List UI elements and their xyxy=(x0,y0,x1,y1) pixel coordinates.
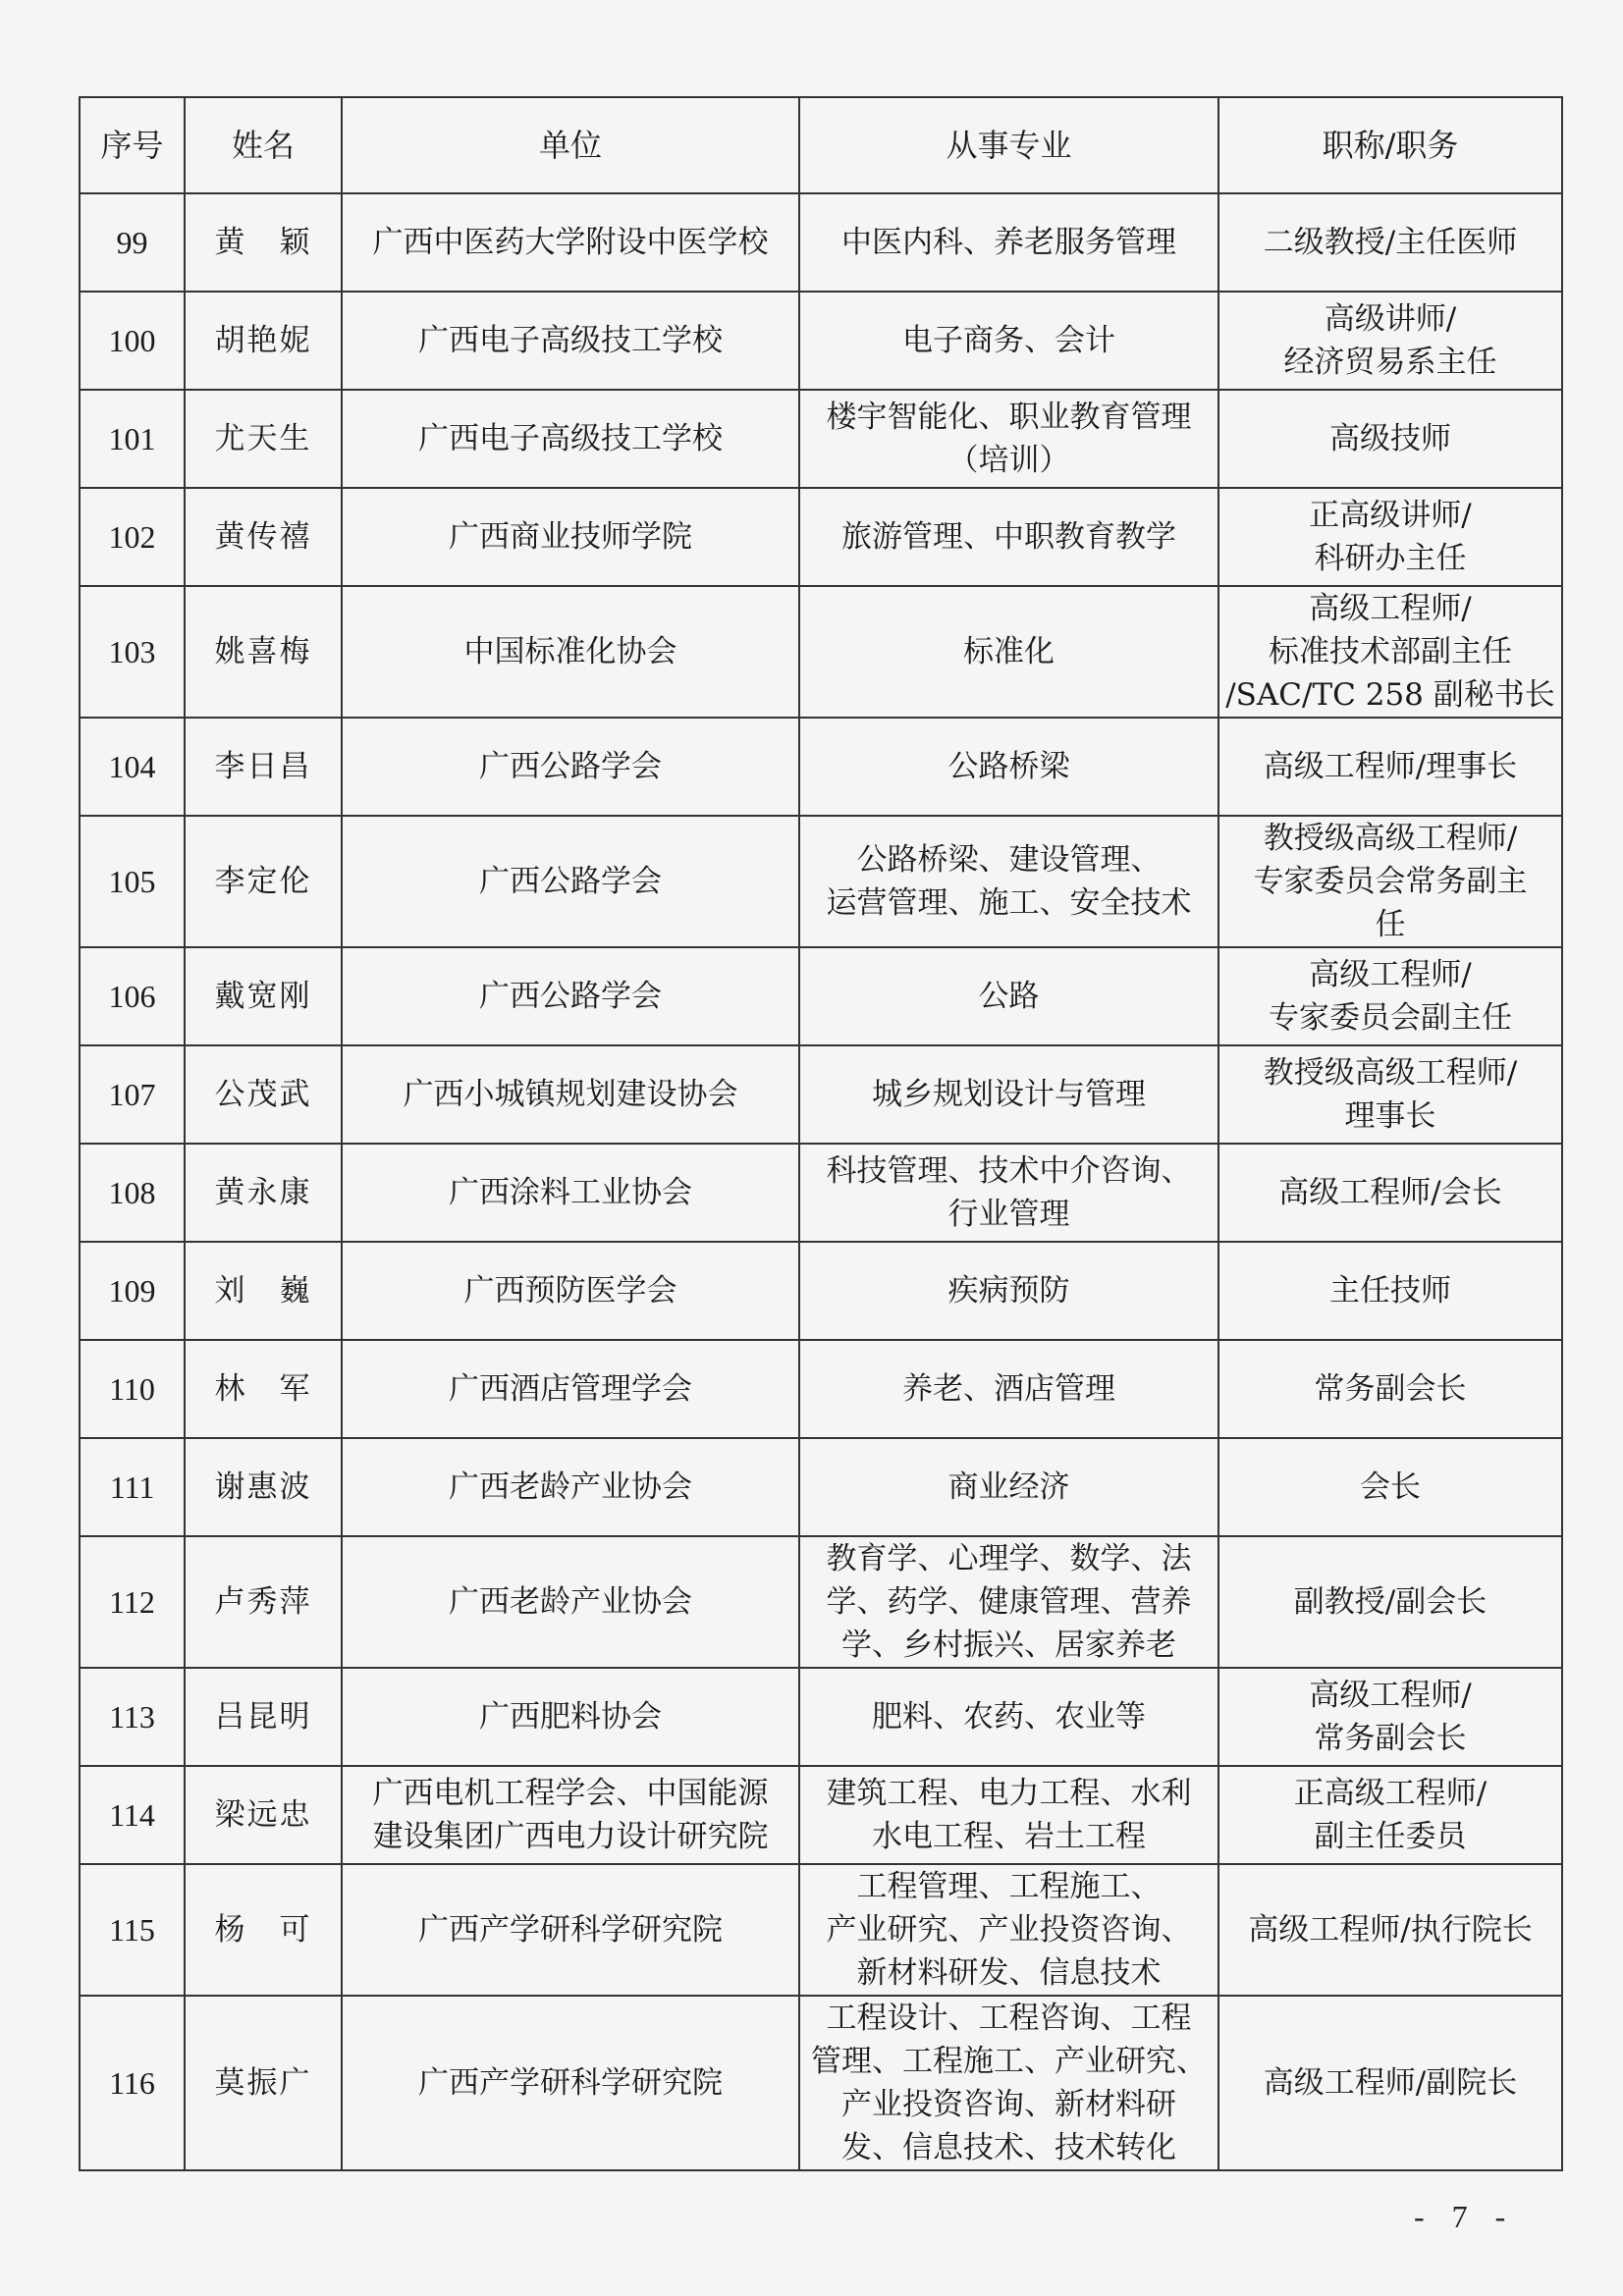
cell-title: 会长 xyxy=(1218,1438,1562,1536)
cell-title-line: 副教授/副会长 xyxy=(1225,1580,1555,1624)
cell-serial-number: 106 xyxy=(80,947,185,1045)
cell-major-line: 工程设计、工程咨询、工程 xyxy=(806,1997,1212,2040)
cell-unit: 广西肥料协会 xyxy=(342,1668,799,1766)
cell-title-line: 高级工程师/副院长 xyxy=(1225,2061,1555,2105)
table-row: 112卢秀萍广西老龄产业协会教育学、心理学、数学、法学、药学、健康管理、营养学、… xyxy=(80,1536,1562,1668)
cell-serial-number: 104 xyxy=(80,718,185,816)
cell-unit: 广西预防医学会 xyxy=(342,1242,799,1340)
table-row: 100胡艳妮广西电子高级技工学校电子商务、会计高级讲师/经济贸易系主任 xyxy=(80,292,1562,390)
cell-name: 戴宽刚 xyxy=(185,947,342,1045)
cell-major-line: 教育学、心理学、数学、法 xyxy=(806,1537,1212,1580)
cell-major: 商业经济 xyxy=(799,1438,1218,1536)
cell-unit: 广西小城镇规划建设协会 xyxy=(342,1045,799,1144)
cell-name: 胡艳妮 xyxy=(185,292,342,390)
cell-unit-line: 广西老龄产业协会 xyxy=(349,1580,792,1624)
cell-unit-line: 广西肥料协会 xyxy=(349,1695,792,1738)
cell-unit-line: 广西产学研科学研究院 xyxy=(349,1908,792,1951)
cell-title-line: 理事长 xyxy=(1225,1095,1555,1138)
cell-unit: 广西公路学会 xyxy=(342,947,799,1045)
cell-major: 公路 xyxy=(799,947,1218,1045)
cell-unit-line: 广西电子高级技工学校 xyxy=(349,319,792,362)
cell-title-line: 教授级高级工程师/ xyxy=(1225,817,1555,860)
cell-title: 高级工程师/会长 xyxy=(1218,1144,1562,1242)
cell-unit-line: 广西酒店管理学会 xyxy=(349,1367,792,1411)
cell-serial-number: 116 xyxy=(80,1996,185,2170)
cell-major: 建筑工程、电力工程、水利水电工程、岩土工程 xyxy=(799,1766,1218,1864)
cell-unit: 广西涂料工业协会 xyxy=(342,1144,799,1242)
cell-major-line: 工程管理、工程施工、 xyxy=(806,1865,1212,1908)
cell-serial-number: 99 xyxy=(80,193,185,292)
page-number: - 7 - xyxy=(1414,2199,1515,2235)
table-row: 105李定伦广西公路学会公路桥梁、建设管理、运营管理、施工、安全技术教授级高级工… xyxy=(80,816,1562,947)
cell-major: 公路桥梁、建设管理、运营管理、施工、安全技术 xyxy=(799,816,1218,947)
cell-serial-number: 107 xyxy=(80,1045,185,1144)
cell-major-line: 水电工程、岩土工程 xyxy=(806,1815,1212,1858)
header-major: 从事专业 xyxy=(799,97,1218,193)
cell-major-line: 养老、酒店管理 xyxy=(806,1367,1212,1411)
cell-serial-number: 115 xyxy=(80,1864,185,1996)
cell-unit: 广西产学研科学研究院 xyxy=(342,1864,799,1996)
cell-title-line: 经济贸易系主任 xyxy=(1225,341,1555,384)
cell-serial-number: 102 xyxy=(80,488,185,586)
cell-major: 科技管理、技术中介咨询、行业管理 xyxy=(799,1144,1218,1242)
cell-title-line: 教授级高级工程师/ xyxy=(1225,1051,1555,1095)
cell-title: 二级教授/主任医师 xyxy=(1218,193,1562,292)
cell-major-line: 发、信息技术、技术转化 xyxy=(806,2126,1212,2169)
table-row: 113吕昆明广西肥料协会肥料、农药、农业等高级工程师/常务副会长 xyxy=(80,1668,1562,1766)
cell-major-line: 旅游管理、中职教育教学 xyxy=(806,515,1212,559)
cell-serial-number: 113 xyxy=(80,1668,185,1766)
cell-title-line: 高级工程师/ xyxy=(1225,587,1555,630)
cell-name: 公茂武 xyxy=(185,1045,342,1144)
cell-title: 高级工程师/常务副会长 xyxy=(1218,1668,1562,1766)
table-row: 114梁远忠广西电机工程学会、中国能源建设集团广西电力设计研究院建筑工程、电力工… xyxy=(80,1766,1562,1864)
cell-major-line: 科技管理、技术中介咨询、 xyxy=(806,1149,1212,1193)
cell-unit-line: 广西公路学会 xyxy=(349,975,792,1018)
header-serial-number: 序号 xyxy=(80,97,185,193)
cell-title: 高级工程师/理事长 xyxy=(1218,718,1562,816)
cell-unit-line: 广西公路学会 xyxy=(349,745,792,788)
cell-title-line: 专家委员会副主任 xyxy=(1225,996,1555,1040)
cell-title-line: 高级工程师/会长 xyxy=(1225,1171,1555,1214)
cell-major-line: 新材料研发、信息技术 xyxy=(806,1951,1212,1995)
cell-major: 肥料、农药、农业等 xyxy=(799,1668,1218,1766)
cell-major-line: 行业管理 xyxy=(806,1193,1212,1236)
cell-major: 楼宇智能化、职业教育管理（培训） xyxy=(799,390,1218,488)
cell-major-line: 公路桥梁、建设管理、 xyxy=(806,838,1212,881)
expert-list-table-container: 序号 姓名 单位 从事专业 职称/职务 99黄 颖广西中医药大学附设中医学校中医… xyxy=(79,96,1561,2171)
cell-unit-line: 广西电机工程学会、中国能源 xyxy=(349,1772,792,1815)
cell-title-line: 主任技师 xyxy=(1225,1269,1555,1312)
cell-title-line: 高级工程师/ xyxy=(1225,953,1555,996)
cell-title-line: 高级工程师/执行院长 xyxy=(1225,1908,1555,1951)
cell-unit: 广西老龄产业协会 xyxy=(342,1536,799,1668)
table-row: 102黄传禧广西商业技师学院旅游管理、中职教育教学正高级讲师/科研办主任 xyxy=(80,488,1562,586)
cell-serial-number: 109 xyxy=(80,1242,185,1340)
cell-title: 高级工程师/标准技术部副主任/SAC/TC 258 副秘书长 xyxy=(1218,586,1562,718)
cell-name: 李日昌 xyxy=(185,718,342,816)
cell-unit: 广西电机工程学会、中国能源建设集团广西电力设计研究院 xyxy=(342,1766,799,1864)
cell-major-line: 楼宇智能化、职业教育管理 xyxy=(806,396,1212,439)
cell-major-line: 产业投资咨询、新材料研 xyxy=(806,2083,1212,2126)
cell-unit: 广西酒店管理学会 xyxy=(342,1340,799,1438)
cell-major-line: 肥料、农药、农业等 xyxy=(806,1695,1212,1738)
cell-unit: 广西公路学会 xyxy=(342,718,799,816)
header-name: 姓名 xyxy=(185,97,342,193)
cell-title: 高级工程师/副院长 xyxy=(1218,1996,1562,2170)
table-header-row: 序号 姓名 单位 从事专业 职称/职务 xyxy=(80,97,1562,193)
cell-unit: 广西商业技师学院 xyxy=(342,488,799,586)
cell-major: 标准化 xyxy=(799,586,1218,718)
expert-list-table: 序号 姓名 单位 从事专业 职称/职务 99黄 颖广西中医药大学附设中医学校中医… xyxy=(79,96,1563,2171)
cell-major: 工程管理、工程施工、产业研究、产业投资咨询、新材料研发、信息技术 xyxy=(799,1864,1218,1996)
header-unit: 单位 xyxy=(342,97,799,193)
cell-title: 正高级工程师/副主任委员 xyxy=(1218,1766,1562,1864)
table-row: 110林 军广西酒店管理学会养老、酒店管理常务副会长 xyxy=(80,1340,1562,1438)
cell-major-line: 管理、工程施工、产业研究、 xyxy=(806,2040,1212,2083)
table-row: 103姚喜梅中国标准化协会标准化高级工程师/标准技术部副主任/SAC/TC 25… xyxy=(80,586,1562,718)
cell-major: 工程设计、工程咨询、工程管理、工程施工、产业研究、产业投资咨询、新材料研发、信息… xyxy=(799,1996,1218,2170)
cell-serial-number: 111 xyxy=(80,1438,185,1536)
cell-major-line: 商业经济 xyxy=(806,1466,1212,1509)
cell-title-line: 科研办主任 xyxy=(1225,537,1555,580)
table-row: 101尤天生广西电子高级技工学校楼宇智能化、职业教育管理（培训）高级技师 xyxy=(80,390,1562,488)
cell-name: 黄 颖 xyxy=(185,193,342,292)
cell-major-line: 学、乡村振兴、居家养老 xyxy=(806,1624,1212,1667)
cell-major-line: 建筑工程、电力工程、水利 xyxy=(806,1772,1212,1815)
cell-major-line: 公路 xyxy=(806,975,1212,1018)
cell-name: 李定伦 xyxy=(185,816,342,947)
cell-major-line: 电子商务、会计 xyxy=(806,319,1212,362)
cell-title-line: 二级教授/主任医师 xyxy=(1225,221,1555,264)
cell-major-line: 标准化 xyxy=(806,630,1212,673)
table-row: 104李日昌广西公路学会公路桥梁高级工程师/理事长 xyxy=(80,718,1562,816)
cell-unit-line: 广西老龄产业协会 xyxy=(349,1466,792,1509)
cell-name: 杨 可 xyxy=(185,1864,342,1996)
cell-serial-number: 114 xyxy=(80,1766,185,1864)
cell-major: 疾病预防 xyxy=(799,1242,1218,1340)
cell-major: 教育学、心理学、数学、法学、药学、健康管理、营养学、乡村振兴、居家养老 xyxy=(799,1536,1218,1668)
cell-serial-number: 105 xyxy=(80,816,185,947)
cell-name: 谢惠波 xyxy=(185,1438,342,1536)
cell-title: 教授级高级工程师/理事长 xyxy=(1218,1045,1562,1144)
cell-major: 电子商务、会计 xyxy=(799,292,1218,390)
cell-name: 尤天生 xyxy=(185,390,342,488)
header-title: 职称/职务 xyxy=(1218,97,1562,193)
cell-unit: 广西老龄产业协会 xyxy=(342,1438,799,1536)
cell-title: 高级技师 xyxy=(1218,390,1562,488)
cell-unit-line: 广西公路学会 xyxy=(349,860,792,903)
cell-title-line: 正高级讲师/ xyxy=(1225,494,1555,537)
cell-unit-line: 广西预防医学会 xyxy=(349,1269,792,1312)
cell-title-line: 常务副会长 xyxy=(1225,1717,1555,1760)
cell-title: 副教授/副会长 xyxy=(1218,1536,1562,1668)
cell-title: 高级工程师/专家委员会副主任 xyxy=(1218,947,1562,1045)
cell-title-line: 标准技术部副主任 xyxy=(1225,630,1555,673)
table-row: 108黄永康广西涂料工业协会科技管理、技术中介咨询、行业管理高级工程师/会长 xyxy=(80,1144,1562,1242)
cell-name: 吕昆明 xyxy=(185,1668,342,1766)
cell-title-line: 任 xyxy=(1225,903,1555,946)
cell-unit: 广西产学研科学研究院 xyxy=(342,1996,799,2170)
cell-major-line: 城乡规划设计与管理 xyxy=(806,1073,1212,1116)
cell-unit-line: 广西中医药大学附设中医学校 xyxy=(349,221,792,264)
cell-unit: 广西电子高级技工学校 xyxy=(342,390,799,488)
cell-major: 公路桥梁 xyxy=(799,718,1218,816)
cell-unit: 广西电子高级技工学校 xyxy=(342,292,799,390)
cell-title-line: /SAC/TC 258 副秘书长 xyxy=(1225,673,1555,717)
table-row: 106戴宽刚广西公路学会公路高级工程师/专家委员会副主任 xyxy=(80,947,1562,1045)
cell-major-line: 运营管理、施工、安全技术 xyxy=(806,881,1212,925)
cell-serial-number: 101 xyxy=(80,390,185,488)
cell-title: 高级讲师/经济贸易系主任 xyxy=(1218,292,1562,390)
cell-major: 城乡规划设计与管理 xyxy=(799,1045,1218,1144)
cell-serial-number: 110 xyxy=(80,1340,185,1438)
cell-major-line: 学、药学、健康管理、营养 xyxy=(806,1580,1212,1624)
cell-serial-number: 112 xyxy=(80,1536,185,1668)
table-row: 99黄 颖广西中医药大学附设中医学校中医内科、养老服务管理二级教授/主任医师 xyxy=(80,193,1562,292)
table-row: 115杨 可广西产学研科学研究院工程管理、工程施工、产业研究、产业投资咨询、新材… xyxy=(80,1864,1562,1996)
table-row: 107公茂武广西小城镇规划建设协会城乡规划设计与管理教授级高级工程师/理事长 xyxy=(80,1045,1562,1144)
cell-title-line: 专家委员会常务副主 xyxy=(1225,860,1555,903)
cell-title: 常务副会长 xyxy=(1218,1340,1562,1438)
table-row: 109刘 巍广西预防医学会疾病预防主任技师 xyxy=(80,1242,1562,1340)
table-row: 116莫振广广西产学研科学研究院工程设计、工程咨询、工程管理、工程施工、产业研究… xyxy=(80,1996,1562,2170)
cell-major-line: 公路桥梁 xyxy=(806,745,1212,788)
cell-unit-line: 中国标准化协会 xyxy=(349,630,792,673)
cell-title-line: 高级技师 xyxy=(1225,417,1555,460)
cell-title-line: 高级工程师/ xyxy=(1225,1674,1555,1717)
cell-serial-number: 108 xyxy=(80,1144,185,1242)
cell-title: 教授级高级工程师/专家委员会常务副主任 xyxy=(1218,816,1562,947)
cell-title-line: 正高级工程师/ xyxy=(1225,1772,1555,1815)
cell-unit-line: 广西涂料工业协会 xyxy=(349,1171,792,1214)
cell-unit-line: 广西电子高级技工学校 xyxy=(349,417,792,460)
cell-title: 高级工程师/执行院长 xyxy=(1218,1864,1562,1996)
cell-title-line: 副主任委员 xyxy=(1225,1815,1555,1858)
cell-major: 旅游管理、中职教育教学 xyxy=(799,488,1218,586)
cell-title-line: 高级工程师/理事长 xyxy=(1225,745,1555,788)
cell-name: 莫振广 xyxy=(185,1996,342,2170)
cell-title: 主任技师 xyxy=(1218,1242,1562,1340)
cell-major-line: 中医内科、养老服务管理 xyxy=(806,221,1212,264)
cell-name: 黄永康 xyxy=(185,1144,342,1242)
cell-name: 黄传禧 xyxy=(185,488,342,586)
cell-major: 养老、酒店管理 xyxy=(799,1340,1218,1438)
cell-major-line: 产业研究、产业投资咨询、 xyxy=(806,1908,1212,1951)
cell-unit: 广西公路学会 xyxy=(342,816,799,947)
cell-name: 姚喜梅 xyxy=(185,586,342,718)
cell-major-line: （培训） xyxy=(806,439,1212,482)
cell-serial-number: 100 xyxy=(80,292,185,390)
cell-name: 林 军 xyxy=(185,1340,342,1438)
cell-unit-line: 广西小城镇规划建设协会 xyxy=(349,1073,792,1116)
cell-unit-line: 广西商业技师学院 xyxy=(349,515,792,559)
cell-major-line: 疾病预防 xyxy=(806,1269,1212,1312)
cell-name: 卢秀萍 xyxy=(185,1536,342,1668)
cell-serial-number: 103 xyxy=(80,586,185,718)
cell-name: 刘 巍 xyxy=(185,1242,342,1340)
table-body: 99黄 颖广西中医药大学附设中医学校中医内科、养老服务管理二级教授/主任医师10… xyxy=(80,193,1562,2170)
table-row: 111谢惠波广西老龄产业协会商业经济会长 xyxy=(80,1438,1562,1536)
cell-unit-line: 广西产学研科学研究院 xyxy=(349,2061,792,2105)
cell-title: 正高级讲师/科研办主任 xyxy=(1218,488,1562,586)
cell-title-line: 常务副会长 xyxy=(1225,1367,1555,1411)
cell-unit: 中国标准化协会 xyxy=(342,586,799,718)
cell-title-line: 高级讲师/ xyxy=(1225,297,1555,341)
cell-major: 中医内科、养老服务管理 xyxy=(799,193,1218,292)
cell-name: 梁远忠 xyxy=(185,1766,342,1864)
cell-unit-line: 建设集团广西电力设计研究院 xyxy=(349,1815,792,1858)
cell-title-line: 会长 xyxy=(1225,1466,1555,1509)
cell-unit: 广西中医药大学附设中医学校 xyxy=(342,193,799,292)
